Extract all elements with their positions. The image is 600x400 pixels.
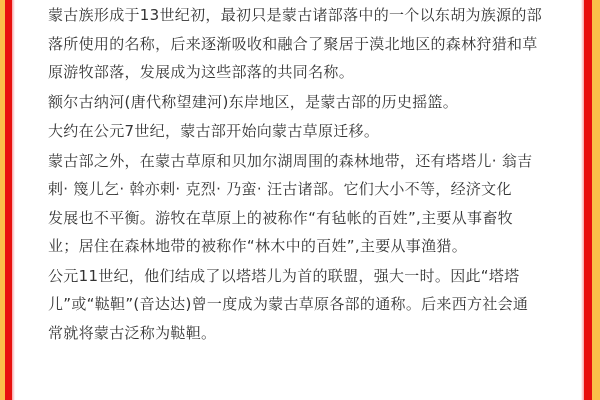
text-line: 原游牧部落，发展成为这些部落的共同名称。 xyxy=(48,58,552,87)
document-frame: 蒙古族形成于13世纪初，最初只是蒙古诸部落中的一个以东胡为族源的部 落所使用的名… xyxy=(0,0,600,400)
text-line: 剌· 篾儿乞· 斡亦剌· 克烈· 乃蛮· 汪古诸部。它们大小不等，经济文化 xyxy=(48,175,552,204)
right-border-red xyxy=(584,0,592,400)
left-border-red xyxy=(5,0,12,400)
left-border-fade xyxy=(12,0,15,400)
paragraph-cradle: 额尔古纳河(唐代称望建河)东岸地区，是蒙古部的历史摇篮。 xyxy=(48,88,552,117)
text-line: 公元11世纪，他们结成了以塔塔儿为首的联盟，强大一时。因此“塔塔 xyxy=(48,262,552,291)
paragraph-tatar-alliance: 公元11世纪，他们结成了以塔塔儿为首的联盟，强大一时。因此“塔塔 儿”或“鞑靼”… xyxy=(48,262,552,348)
text-line: 蒙古族形成于13世纪初，最初只是蒙古诸部落中的一个以东胡为族源的部 xyxy=(48,1,552,30)
paragraph-tribes: 蒙古部之外，在蒙古草原和贝加尔湖周围的森林地带，还有塔塔儿· 翁吉 剌· 篾儿乞… xyxy=(48,147,552,261)
text-line: 额尔古纳河(唐代称望建河)东岸地区，是蒙古部的历史摇篮。 xyxy=(48,88,552,117)
text-line: 落所使用的名称，后来逐渐吸收和融合了聚居于漠北地区的森林狩猎和草 xyxy=(48,30,552,59)
paragraph-migration: 大约在公元7世纪，蒙古部开始向蒙古草原迁移。 xyxy=(48,117,552,146)
text-line: 大约在公元7世纪，蒙古部开始向蒙古草原迁移。 xyxy=(48,117,552,146)
text-line: 常就将蒙古泛称为鞑靼。 xyxy=(48,319,552,348)
paragraph-origin: 蒙古族形成于13世纪初，最初只是蒙古诸部落中的一个以东胡为族源的部 落所使用的名… xyxy=(48,1,552,87)
text-line: 蒙古部之外，在蒙古草原和贝加尔湖周围的森林地带，还有塔塔儿· 翁吉 xyxy=(48,147,552,176)
article-body: 蒙古族形成于13世纪初，最初只是蒙古诸部落中的一个以东胡为族源的部 落所使用的名… xyxy=(48,1,552,347)
text-line: 儿”或“鞑靼”(音达达)曾一度成为蒙古草原各部的通称。后来西方社会通 xyxy=(48,290,552,319)
text-line: 业；居住在森林地带的被称作“林木中的百姓”,主要从事渔猎。 xyxy=(48,232,552,261)
text-line: 发展也不平衡。游牧在草原上的被称作“有毡帐的百姓”,主要从事畜牧 xyxy=(48,204,552,233)
right-border-orange xyxy=(592,0,600,400)
